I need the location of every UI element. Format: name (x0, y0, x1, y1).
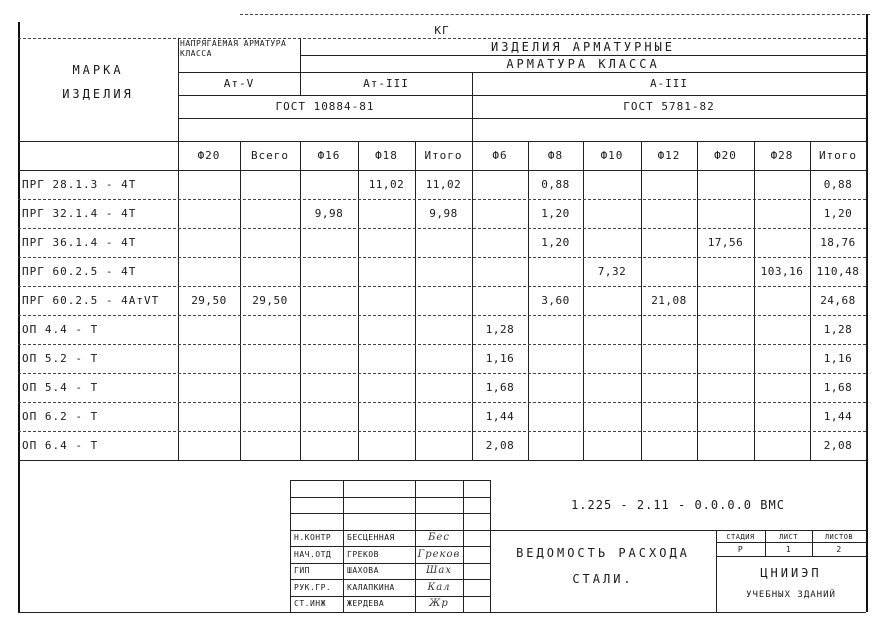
table-cell: 29,50 (178, 286, 240, 315)
table-cell (472, 257, 528, 286)
table-cell: 17,56 (697, 228, 754, 257)
table-cell (641, 373, 697, 402)
table-cell: 11,02 (415, 170, 472, 199)
table-cell (415, 257, 472, 286)
table-cell (240, 257, 300, 286)
hline (716, 556, 866, 557)
column-header: Ф28 (754, 141, 810, 170)
table-cell (415, 286, 472, 315)
table-cell: 103,16 (754, 257, 810, 286)
column-header: Ф16 (300, 141, 358, 170)
table-cell (697, 257, 754, 286)
org-name: ЦНИИЭП (716, 562, 866, 584)
table-cell (641, 257, 697, 286)
table-cell: 1,16 (810, 344, 866, 373)
signature-mark: Бес (415, 530, 463, 546)
table-cell (178, 199, 240, 228)
row-mark: ОП 4.4 - Т (18, 315, 178, 344)
table-cell (240, 431, 300, 460)
table-cell (300, 373, 358, 402)
code-tag: КГ (18, 22, 866, 38)
table-cell (754, 373, 810, 402)
hline (290, 513, 490, 514)
column-header: Ф8 (528, 141, 583, 170)
table-cell: 2,08 (810, 431, 866, 460)
table-cell (300, 257, 358, 286)
table-cell: 1,28 (472, 315, 528, 344)
table-cell (583, 402, 641, 431)
sheets-label: ЛИСТОВ (812, 531, 866, 542)
table-cell (240, 170, 300, 199)
table-cell (528, 431, 583, 460)
rebar-class-label: АРМАТУРА КЛАССА (300, 55, 866, 72)
table-cell (178, 344, 240, 373)
prestressed-label: НАПРЯГАЕМАЯ АРМАТУРА КЛАССА (180, 39, 298, 72)
mark-label: МАРКА (18, 60, 178, 80)
table-cell (754, 199, 810, 228)
column-header: Ф20 (697, 141, 754, 170)
table-cell (358, 402, 415, 431)
table-cell: 3,60 (528, 286, 583, 315)
gost-10884: ГОСТ 10884-81 (178, 95, 472, 118)
row-mark: ПРГ 32.1.4 - 4Т (18, 199, 178, 228)
table-cell: 1,44 (810, 402, 866, 431)
class-atv: Ат-V (178, 72, 300, 95)
column-header: Ф6 (472, 141, 528, 170)
table-cell (415, 373, 472, 402)
table-cell (641, 431, 697, 460)
doc-title-2: СТАЛИ. (490, 566, 716, 592)
table-cell (472, 170, 528, 199)
table-cell (583, 228, 641, 257)
table-cell: 7,32 (583, 257, 641, 286)
class-atiii: Ат-III (300, 72, 472, 95)
table-cell (697, 170, 754, 199)
table-cell (641, 170, 697, 199)
frame-top-line (240, 14, 870, 15)
table-cell (178, 402, 240, 431)
signature-mark: Кал (415, 579, 463, 595)
signature-name: ЖЕРДЕВА (343, 596, 415, 612)
table-cell (300, 431, 358, 460)
table-cell (300, 344, 358, 373)
table-cell: 1,44 (472, 402, 528, 431)
table-cell (641, 315, 697, 344)
signature-name: ГРЕКОВ (343, 546, 415, 562)
table-cell: 1,68 (472, 373, 528, 402)
row-mark: ОП 6.2 - Т (18, 402, 178, 431)
table-cell (240, 402, 300, 431)
row-mark: ОП 5.4 - Т (18, 373, 178, 402)
column-header: Ф20 (178, 141, 240, 170)
table-cell (528, 257, 583, 286)
table-cell (178, 228, 240, 257)
row-mark: ОП 5.2 - Т (18, 344, 178, 373)
hline (290, 480, 490, 481)
table-cell (178, 170, 240, 199)
row-mark: ПРГ 28.1.3 - 4Т (18, 170, 178, 199)
table-cell (178, 431, 240, 460)
table-cell (358, 286, 415, 315)
table-cell: 9,98 (415, 199, 472, 228)
hline (290, 612, 490, 613)
table-cell (178, 373, 240, 402)
table-cell (754, 228, 810, 257)
doc-title-1: ВЕДОМОСТЬ РАСХОДА (490, 540, 716, 566)
table-cell (358, 257, 415, 286)
table-cell (754, 170, 810, 199)
table-cell (240, 344, 300, 373)
table-cell (415, 315, 472, 344)
sheet-label: ЛИСТ (765, 531, 812, 542)
table-cell (754, 344, 810, 373)
table-cell (240, 228, 300, 257)
table-cell (358, 199, 415, 228)
signature-role: СТ.ИНЖ (290, 596, 343, 612)
table-cell: 0,88 (810, 170, 866, 199)
table-cell (754, 286, 810, 315)
table-cell (583, 315, 641, 344)
signature-mark: Греков (415, 546, 463, 562)
table-cell: 11,02 (358, 170, 415, 199)
table-cell: 2,08 (472, 431, 528, 460)
column-header: Итого (810, 141, 866, 170)
table-cell (583, 170, 641, 199)
gost-5781: ГОСТ 5781-82 (472, 95, 866, 118)
table-cell (415, 431, 472, 460)
sheet-value: 1 (765, 543, 812, 556)
table-cell: 1,68 (810, 373, 866, 402)
table-cell: 1,20 (528, 228, 583, 257)
table-cell (300, 402, 358, 431)
row-mark: ПРГ 60.2.5 - 4АтVТ (18, 286, 178, 315)
table-cell (754, 315, 810, 344)
vline (866, 141, 867, 460)
table-cell: 24,68 (810, 286, 866, 315)
table-cell (300, 315, 358, 344)
table-cell: 1,20 (528, 199, 583, 228)
table-cell: 1,20 (810, 199, 866, 228)
table-cell: 18,76 (810, 228, 866, 257)
sheets-value: 2 (812, 543, 866, 556)
column-header: Всего (240, 141, 300, 170)
table-cell: 29,50 (240, 286, 300, 315)
table-cell (472, 199, 528, 228)
class-aiii: А-III (472, 72, 866, 95)
row-mark: ПРГ 60.2.5 - 4Т (18, 257, 178, 286)
hline (178, 118, 866, 119)
table-cell (358, 344, 415, 373)
table-cell (300, 286, 358, 315)
table-cell (358, 373, 415, 402)
signature-name: КАЛАПКИНА (343, 579, 415, 595)
org-subtitle: УЧЕБНЫХ ЗДАНИЙ (716, 586, 866, 604)
table-cell (358, 315, 415, 344)
table-cell (641, 344, 697, 373)
table-cell (697, 373, 754, 402)
table-cell (754, 402, 810, 431)
signature-name: БЕСЦЕННАЯ (343, 530, 415, 546)
stage-value: Р (716, 543, 765, 556)
table-cell (415, 344, 472, 373)
signature-mark: Жр (415, 596, 463, 612)
table-cell (583, 286, 641, 315)
row-mark: ОП 6.4 - Т (18, 431, 178, 460)
table-cell (300, 170, 358, 199)
mark-label-2: ИЗДЕЛИЯ (18, 84, 178, 104)
hline (18, 460, 866, 461)
table-cell: 21,08 (641, 286, 697, 315)
table-cell (583, 199, 641, 228)
hline (290, 497, 490, 498)
table-cell (583, 344, 641, 373)
table-cell (754, 431, 810, 460)
table-cell (528, 315, 583, 344)
products-label: ИЗДЕЛИЯ АРМАТУРНЫЕ (300, 38, 866, 55)
table-cell (358, 228, 415, 257)
table-cell: 9,98 (300, 199, 358, 228)
table-cell (528, 344, 583, 373)
table-cell: 0,88 (528, 170, 583, 199)
table-cell (178, 315, 240, 344)
table-cell (472, 286, 528, 315)
table-cell (358, 431, 415, 460)
table-cell (697, 315, 754, 344)
column-header: Ф18 (358, 141, 415, 170)
table-cell (697, 431, 754, 460)
table-cell (697, 286, 754, 315)
table-cell (240, 315, 300, 344)
column-header: Ф12 (641, 141, 697, 170)
table-cell (240, 199, 300, 228)
signature-name: ШАХОВА (343, 563, 415, 579)
signature-role: НАЧ.ОТД (290, 546, 343, 562)
row-mark: ПРГ 36.1.4 - 4Т (18, 228, 178, 257)
stage-label: СТАДИЯ (716, 531, 765, 542)
column-header: Ф10 (583, 141, 641, 170)
table-cell (415, 228, 472, 257)
table-cell (240, 373, 300, 402)
column-header: Итого (415, 141, 472, 170)
table-cell (641, 199, 697, 228)
table-cell (583, 373, 641, 402)
table-cell (178, 257, 240, 286)
signature-role: РУК.ГР. (290, 579, 343, 595)
table-cell (528, 373, 583, 402)
table-cell (583, 431, 641, 460)
signature-role: Н.КОНТР (290, 530, 343, 546)
table-cell (472, 228, 528, 257)
table-cell (641, 402, 697, 431)
table-cell (697, 199, 754, 228)
table-cell (697, 344, 754, 373)
table-cell (300, 228, 358, 257)
table-cell (528, 402, 583, 431)
table-cell: 1,16 (472, 344, 528, 373)
doc-number: 1.225 - 2.11 - 0.0.0.0 ВМС (490, 482, 866, 528)
table-cell (697, 402, 754, 431)
signature-mark: Шах (415, 563, 463, 579)
table-cell: 110,48 (810, 257, 866, 286)
table-cell: 1,28 (810, 315, 866, 344)
table-cell (641, 228, 697, 257)
table-cell (415, 402, 472, 431)
signature-role: ГИП (290, 563, 343, 579)
